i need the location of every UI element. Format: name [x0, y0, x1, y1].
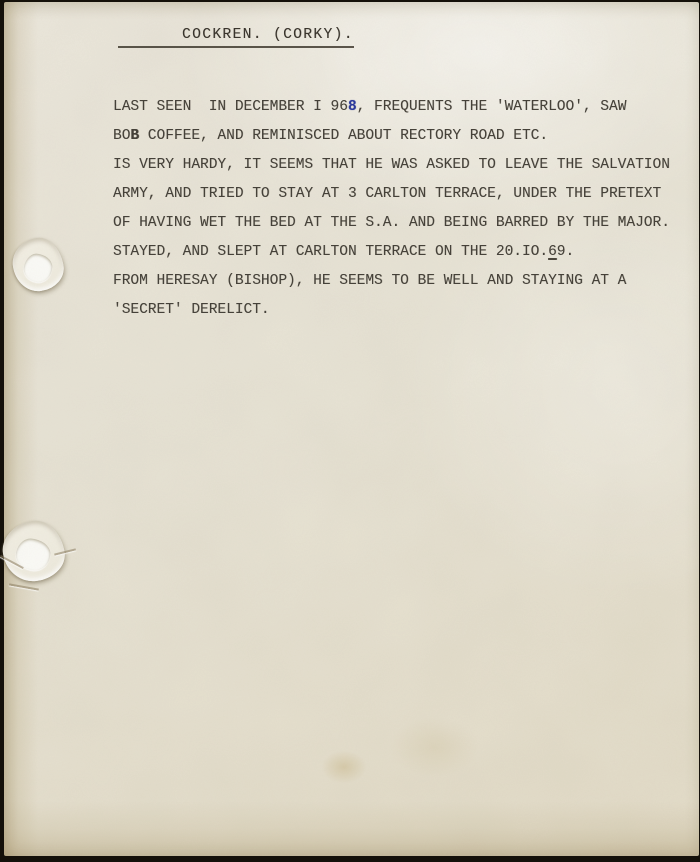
typed-line: BOB COFFEE, AND REMINISCED ABOUT RECTORY…	[113, 122, 670, 151]
typed-line: FROM HERESAY (BISHOP), HE SEEMS TO BE WE…	[113, 267, 670, 296]
typed-segment: 'SECRET' DERELICT.	[113, 302, 270, 318]
page-title-wrap: COCKREN. (CORKY).	[118, 25, 354, 48]
typed-segment: FROM HERESAY (BISHOP), HE SEEMS TO BE WE…	[113, 273, 626, 289]
typed-line: OF HAVING WET THE BED AT THE S.A. AND BE…	[113, 209, 670, 238]
typed-line: LAST SEEN IN DECEMBER I 968, FREQUENTS T…	[113, 93, 670, 122]
typed-segment: OF HAVING WET THE BED AT THE S.A. AND BE…	[113, 215, 670, 231]
page-title: COCKREN. (CORKY).	[118, 27, 354, 48]
typed-segment: LAST SEEN IN DECEMBER I 96	[113, 99, 348, 115]
typed-body: LAST SEEN IN DECEMBER I 968, FREQUENTS T…	[113, 93, 670, 325]
typed-segment: , FREQUENTS THE 'WATERLOO', SAW	[357, 99, 627, 115]
typed-segment: COFFEE, AND REMINISCED ABOUT RECTORY ROA…	[139, 128, 548, 144]
typed-segment: 9.	[557, 244, 574, 260]
torn-hole-top	[13, 238, 63, 291]
torn-hole-bottom	[3, 521, 64, 581]
typed-segment: STAYED, AND SLEPT AT CARLTON TERRACE ON …	[113, 244, 548, 260]
typed-line: IS VERY HARDY, IT SEEMS THAT HE WAS ASKE…	[113, 151, 670, 180]
typed-segment: IS VERY HARDY, IT SEEMS THAT HE WAS ASKE…	[113, 157, 670, 173]
typed-segment-blue: 8	[348, 99, 357, 115]
typed-segment: BO	[113, 128, 130, 144]
typed-segment-bold: B	[130, 128, 139, 144]
typed-line: STAYED, AND SLEPT AT CARLTON TERRACE ON …	[113, 238, 670, 267]
typed-segment-underline: 6	[548, 244, 557, 260]
scanned-document: COCKREN. (CORKY). LAST SEEN IN DECEMBER …	[0, 0, 700, 862]
typed-segment: ARMY, AND TRIED TO STAY AT 3 CARLTON TER…	[113, 186, 661, 202]
typed-line: ARMY, AND TRIED TO STAY AT 3 CARLTON TER…	[113, 180, 670, 209]
typed-line: 'SECRET' DERELICT.	[113, 296, 670, 325]
